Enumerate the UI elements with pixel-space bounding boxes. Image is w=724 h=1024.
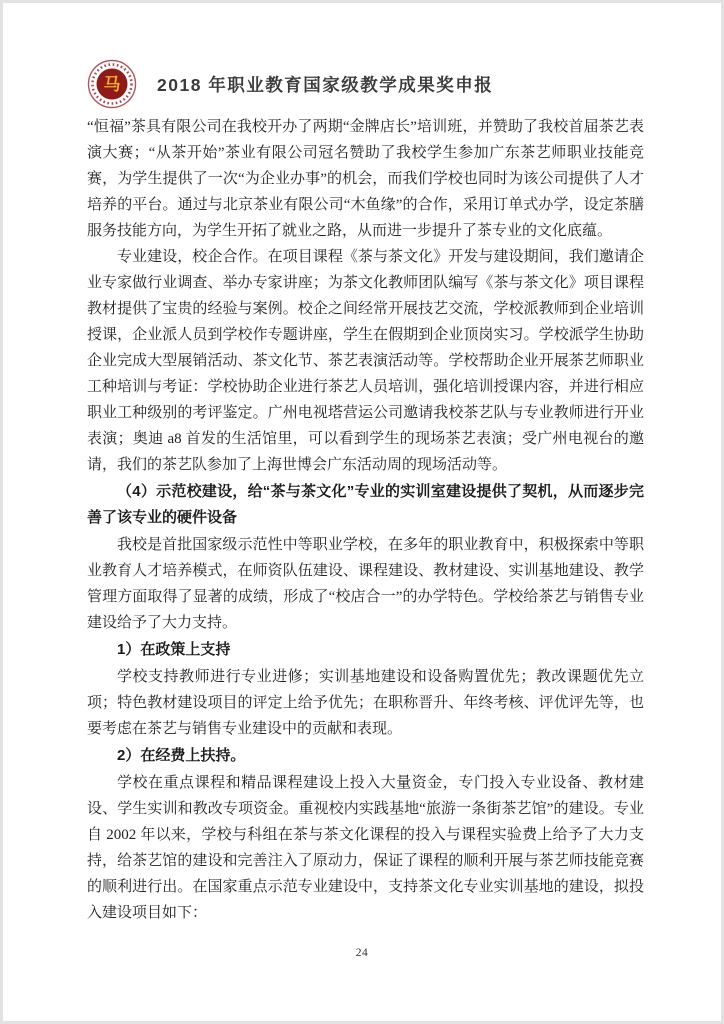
heading-section-4: （4）示范校建设，给“茶与茶文化”专业的实训室建设提供了契机，从而逐步完善了该专… xyxy=(87,479,644,531)
seal-icon: 马 xyxy=(87,59,137,109)
paragraph-company-cooperation: “恒福”茶具有限公司在我校开办了两期“金牌店长”培训班，并赞助了我校首届茶艺表演… xyxy=(87,114,644,244)
document-body: “恒福”茶具有限公司在我校开办了两期“金牌店长”培训班，并赞助了我校首届茶艺表演… xyxy=(87,114,644,926)
school-seal-logo: 马 xyxy=(87,59,137,109)
paragraph-policy-support: 学校支持教师进行专业进修；实训基地建设和设备购置优先；教改课题优先立项；特色教材… xyxy=(87,664,644,742)
paragraph-school-model: 我校是首批国家级示范性中等职业学校，在多年的职业教育中，积极探索中等职业教育人才… xyxy=(87,532,644,636)
heading-funding-support: 2）在经费上扶持。 xyxy=(87,743,644,769)
paragraph-funding-support: 学校在重点课程和精品课程建设上投入大量资金，专门投入专业设备、教材建设、学生实训… xyxy=(87,770,644,926)
document-header: 马 2018 年职业教育国家级教学成果奖申报 xyxy=(87,58,639,110)
page-number: 24 xyxy=(356,947,369,959)
document-title: 2018 年职业教育国家级教学成果奖申报 xyxy=(157,72,493,97)
heading-policy-support: 1）在政策上支持 xyxy=(87,637,644,663)
paragraph-major-construction: 专业建设，校企合作。在项目课程《茶与茶文化》开发与建设期间，我们邀请企业专家做行… xyxy=(87,244,644,478)
document-page: 马 2018 年职业教育国家级教学成果奖申报 “恒福”茶具有限公司在我校开办了两… xyxy=(3,3,721,1021)
horse-emblem-icon: 马 xyxy=(104,74,121,94)
page-footer: 24 xyxy=(3,947,721,959)
